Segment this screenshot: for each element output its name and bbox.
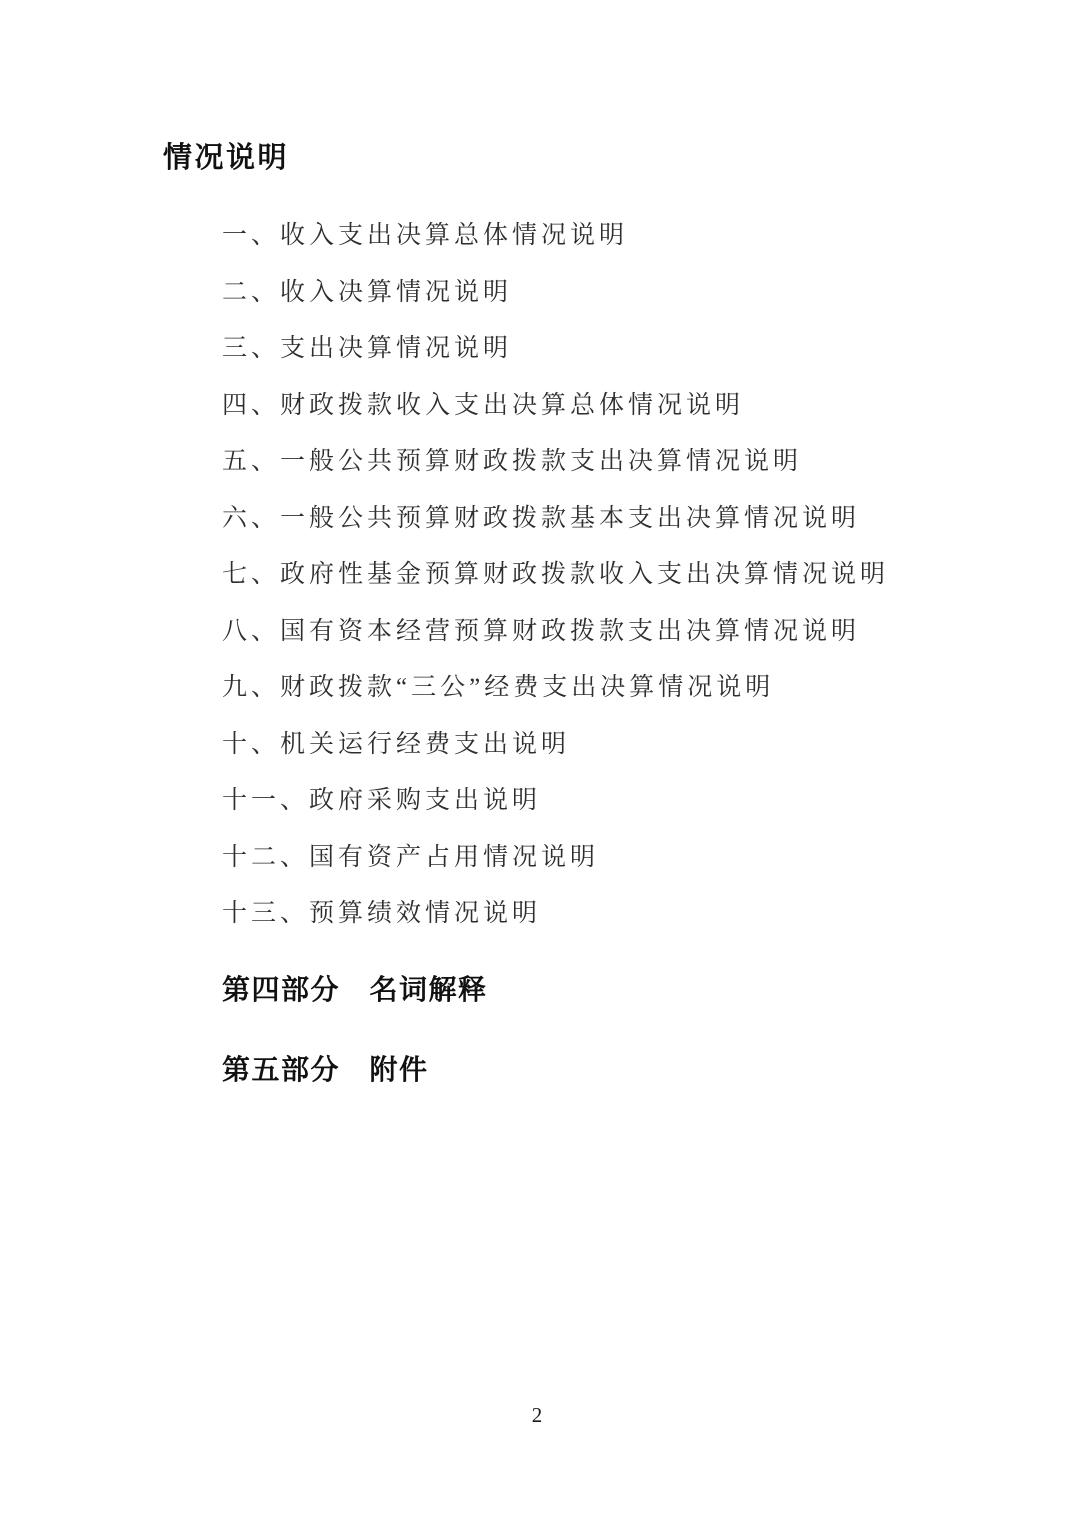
toc-item: 九、财政拨款“三公”经费支出决算情况说明: [222, 660, 889, 717]
toc-list: 一、收入支出决算总体情况说明 二、收入决算情况说明 三、支出决算情况说明 四、财…: [222, 208, 889, 943]
toc-item: 一、收入支出决算总体情况说明: [222, 208, 889, 265]
toc-item: 十三、预算绩效情况说明: [222, 886, 889, 943]
section-heading-part5: 第五部分 附件: [222, 1053, 429, 1086]
toc-item: 十、机关运行经费支出说明: [222, 717, 889, 774]
toc-item: 五、一般公共预算财政拨款支出决算情况说明: [222, 434, 889, 491]
toc-item: 四、财政拨款收入支出决算总体情况说明: [222, 378, 889, 435]
section-heading-part4: 第四部分 名词解释: [222, 973, 488, 1006]
toc-item: 十一、政府采购支出说明: [222, 773, 889, 830]
toc-item: 三、支出决算情况说明: [222, 321, 889, 378]
page-heading-continuation: 情况说明: [163, 141, 289, 175]
toc-item: 十二、国有资产占用情况说明: [222, 830, 889, 887]
toc-item: 六、一般公共预算财政拨款基本支出决算情况说明: [222, 491, 889, 548]
document-page: 情况说明 一、收入支出决算总体情况说明 二、收入决算情况说明 三、支出决算情况说…: [0, 0, 1074, 1520]
toc-item: 二、收入决算情况说明: [222, 265, 889, 322]
page-number: 2: [0, 1403, 1074, 1428]
toc-item: 八、国有资本经营预算财政拨款支出决算情况说明: [222, 604, 889, 661]
toc-item: 七、政府性基金预算财政拨款收入支出决算情况说明: [222, 547, 889, 604]
